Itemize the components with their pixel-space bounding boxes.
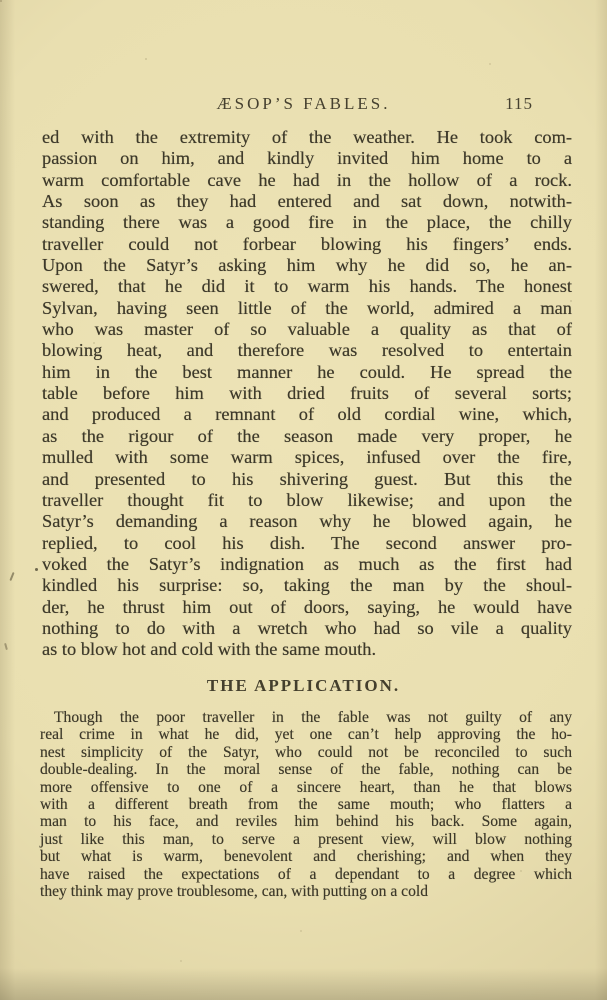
- page-number: 115: [505, 94, 533, 114]
- ink-speck: [35, 568, 38, 571]
- page-title: ÆSOP’S FABLES.: [217, 94, 391, 113]
- text-line: Satyr’s demanding a reason why he blowed…: [42, 511, 572, 532]
- text-line: real crime in what he did, yet one can’t…: [40, 726, 572, 743]
- text-line: more offensive to one of a sincere heart…: [40, 779, 572, 796]
- text-line: and produced a remnant of old cordial wi…: [42, 404, 572, 425]
- text-line: As soon as they had entered and sat down…: [42, 191, 572, 212]
- text-line: Though the poor traveller in the fable w…: [40, 709, 572, 726]
- text-line: ed with the extremity of the weather. He…: [42, 127, 572, 148]
- text-line: have raised the expectations of a depend…: [40, 866, 572, 883]
- margin-scratch-mark: [4, 643, 8, 650]
- text-line: traveller could not forbear blowing his …: [42, 234, 572, 255]
- text-line: standing there was a good fire in the pl…: [42, 212, 572, 233]
- text-line: voked the Satyr’s indignation as much as…: [42, 554, 572, 575]
- text-line: replied, to cool his dish. The second an…: [42, 533, 572, 554]
- text-line: as the rigour of the season made very pr…: [42, 426, 572, 447]
- text-line: swered, that he did it to warm his hands…: [42, 276, 572, 297]
- text-line: traveller thought fit to blow likewise; …: [42, 490, 572, 511]
- text-line: nest simplicity of the Satyr, who could …: [40, 744, 572, 761]
- text-line: they think may prove troublesome, can, w…: [40, 883, 572, 900]
- text-line: mulled with some warm spices, infused ov…: [42, 447, 572, 468]
- text-line: blowing heat, and therefore was resolved…: [42, 340, 572, 361]
- text-line: passion on him, and kindly invited him h…: [42, 148, 572, 169]
- text-line: nothing to do with a wretch who had so v…: [42, 618, 572, 639]
- text-line: table before him with dried fruits of se…: [42, 383, 572, 404]
- text-line: but what is warm, benevolent and cherish…: [40, 848, 572, 865]
- running-head: ÆSOP’S FABLES. 115: [0, 94, 607, 118]
- paper-speck-texture: [0, 0, 2, 2]
- book-page: ÆSOP’S FABLES. 115 ed with the extremity…: [0, 0, 607, 1000]
- application-paragraph: Though the poor traveller in the fable w…: [40, 709, 572, 900]
- text-line: with a different breath from the same mo…: [40, 796, 572, 813]
- fable-paragraph: ed with the extremity of the weather. He…: [42, 127, 572, 661]
- text-line: warm comfortable cave he had in the holl…: [42, 170, 572, 191]
- text-line: man to his face, and reviles him behind …: [40, 813, 572, 830]
- text-line: Sylvan, having seen little of the world,…: [42, 298, 572, 319]
- application-heading: THE APPLICATION.: [0, 676, 607, 696]
- text-line: kindled his surprise: so, taking the man…: [42, 575, 572, 596]
- text-line: and presented to his shivering guest. Bu…: [42, 469, 572, 490]
- text-line: Upon the Satyr’s asking him why he did s…: [42, 255, 572, 276]
- text-line: just like this man, to serve a present v…: [40, 831, 572, 848]
- text-line: as to blow hot and cold with the same mo…: [42, 639, 572, 660]
- text-line: double-dealing. In the moral sense of th…: [40, 761, 572, 778]
- text-line: der, he thrust him out of doors, saying,…: [42, 597, 572, 618]
- text-line: who was master of so valuable a quality …: [42, 319, 572, 340]
- text-line: him in the best manner he could. He spre…: [42, 362, 572, 383]
- margin-scratch-mark: [9, 572, 14, 581]
